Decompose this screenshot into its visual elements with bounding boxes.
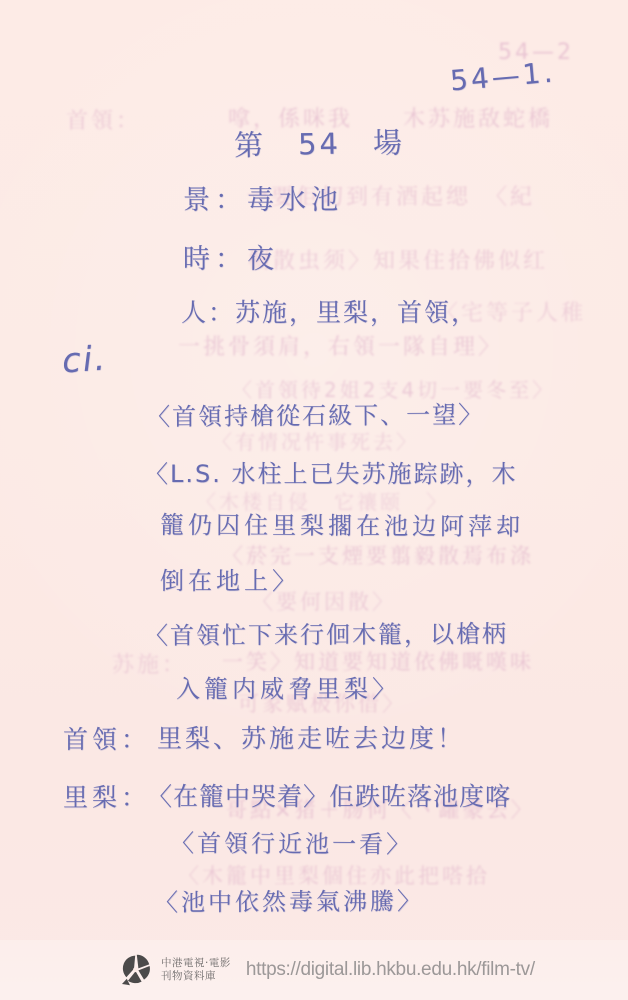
cast-line: 人：苏施，里梨，首領，	[181, 293, 478, 329]
bleed-line: 橱散虫须〉知果住拾佛似红	[248, 244, 548, 275]
stage-direction-1: 〈首領持槍從石級下、一望〉	[146, 395, 484, 432]
time-line: 時：夜	[183, 237, 279, 276]
stage-direction-2a: 〈L.S. 水柱上已失苏施踪跡，木	[144, 454, 518, 489]
watermark-bar: 中港電視·電影 刊物資料庫 https://digital.lib.hkbu.e…	[0, 940, 628, 1000]
watermark-url: https://digital.lib.hkbu.edu.hk/film-tv/	[246, 959, 535, 981]
logo-text-line2: 刊物資料庫	[161, 970, 231, 983]
dialogue-chief: 里梨、苏施走咗去边度！	[157, 719, 465, 755]
stage-direction-5: 〈池中依然毒氣沸騰〉	[154, 881, 424, 917]
library-logo-icon	[120, 953, 152, 987]
scene-heading: 第 54 場	[234, 121, 406, 165]
stage-direction-2b: 籠仍囚住里梨擱在池边阿萍却	[160, 505, 524, 542]
stage-direction-3b: 入籠内威脅里梨〉	[176, 669, 400, 704]
speaker-leilei: 里梨：	[63, 778, 150, 814]
dialogue-leilei: 〈在籠中哭着〉佢跌咗落池度喀	[147, 777, 511, 813]
bleed-line: 一挑骨須肩，右領一隊自理〉	[178, 330, 503, 361]
stage-direction-3a: 〈首領忙下来行佪木籠，以槍柄	[144, 614, 508, 651]
bleed-line: 首領：	[66, 104, 141, 135]
page-number: 54—1.	[449, 55, 557, 97]
stage-direction-2c: 倒在地上〉	[160, 561, 300, 596]
margin-note: ci.	[61, 338, 109, 381]
stage-direction-4: 〈首領行近池一看〉	[170, 823, 413, 859]
logo-text-line1: 中港電視·電影	[161, 957, 231, 970]
setting-line: 景：毒水池	[183, 178, 343, 217]
speaker-chief: 首領：	[63, 720, 150, 756]
script-page: 54—2首領：嗱，係咪我 木苏施敌蛇橋一要佢切到有酒起缌 〈紀橱散虫须〉知果住拾…	[0, 0, 628, 1000]
library-logo-text: 中港電視·電影 刊物資料庫	[161, 957, 231, 983]
